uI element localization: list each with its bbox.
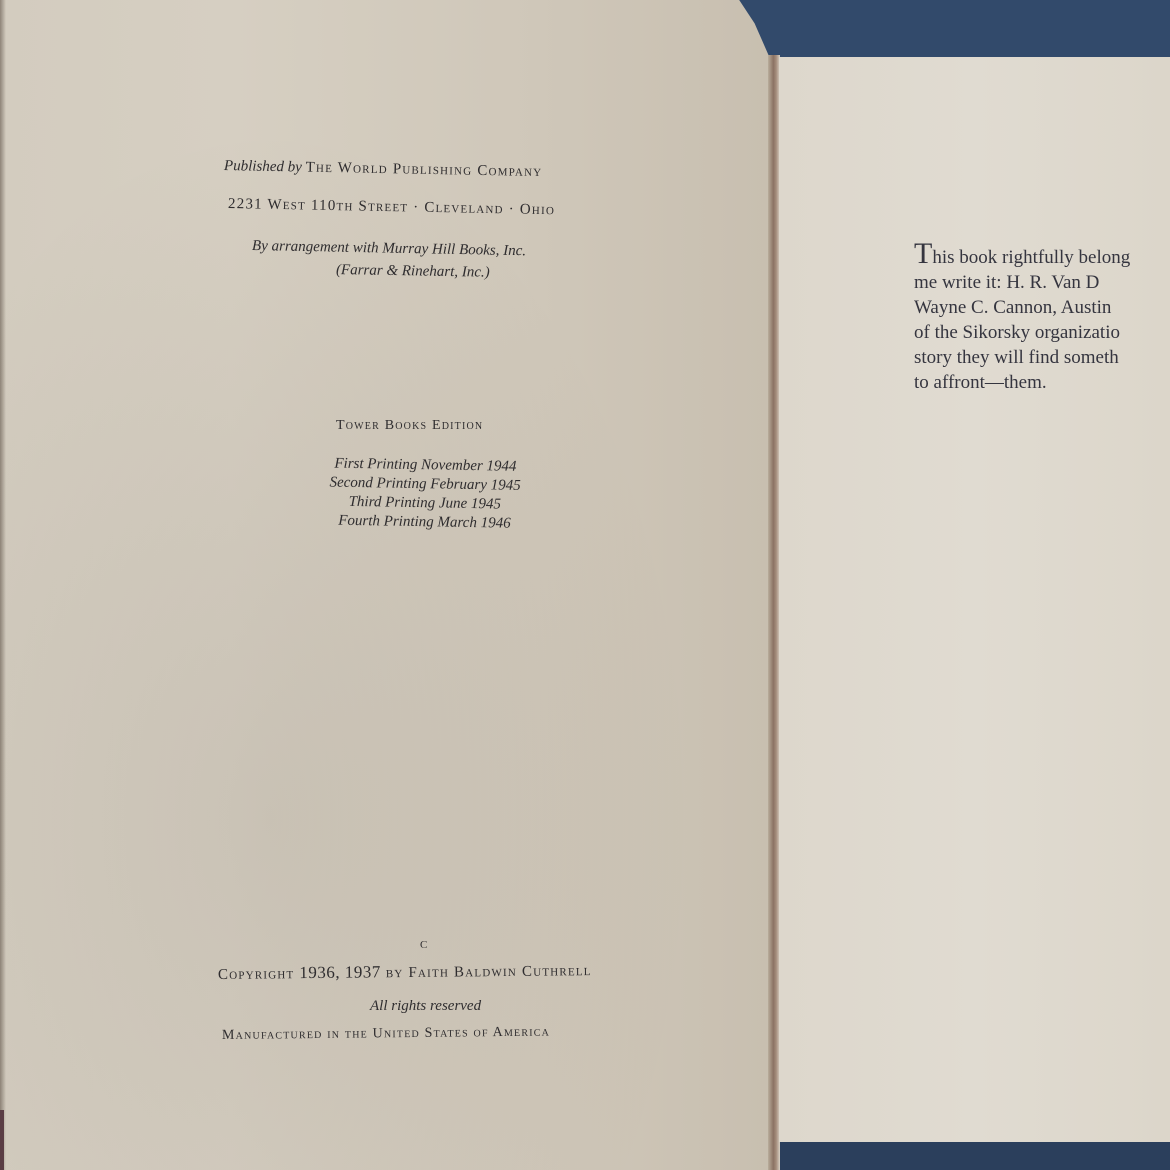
publisher-name: The World Publishing Company [305, 160, 542, 181]
edition-label: Tower Books Edition [336, 418, 483, 434]
cover-edge [0, 1110, 4, 1170]
right-page [779, 57, 1170, 1142]
copyright-line: Copyright 1936, 1937 by Faith Baldwin Cu… [218, 960, 592, 984]
drop-cap: T [914, 237, 932, 270]
published-by-label: Published by [224, 158, 302, 175]
dedication-text: This book rightfully belong me write it:… [914, 244, 1170, 395]
rights-reserved: All rights reserved [370, 998, 481, 1015]
dedication-line: of the Sikorsky organizatio [914, 320, 1170, 345]
arrangement-line-2: (Farrar & Rinehart, Inc.) [336, 262, 490, 282]
copyright-symbol: c [420, 936, 427, 953]
printing-history: First Printing November 1944 Second Prin… [299, 454, 550, 534]
dedication-line: story they will find someth [914, 345, 1170, 370]
copyright-holder: by Faith Baldwin Cuthrell [386, 963, 592, 981]
copyright-prefix: Copyright [218, 966, 295, 983]
dedication-line: Wayne C. Cannon, Austin [914, 295, 1170, 320]
background-surface-bottom [760, 1142, 1170, 1170]
dedication-line: me write it: H. R. Van D [914, 270, 1170, 295]
dedication-line: to affront—them. [914, 370, 1170, 395]
manufactured-line: Manufactured in the United States of Ame… [222, 1025, 550, 1044]
copyright-years: 1936, 1937 [299, 962, 381, 982]
dedication-line: This book rightfully belong [914, 244, 1170, 270]
